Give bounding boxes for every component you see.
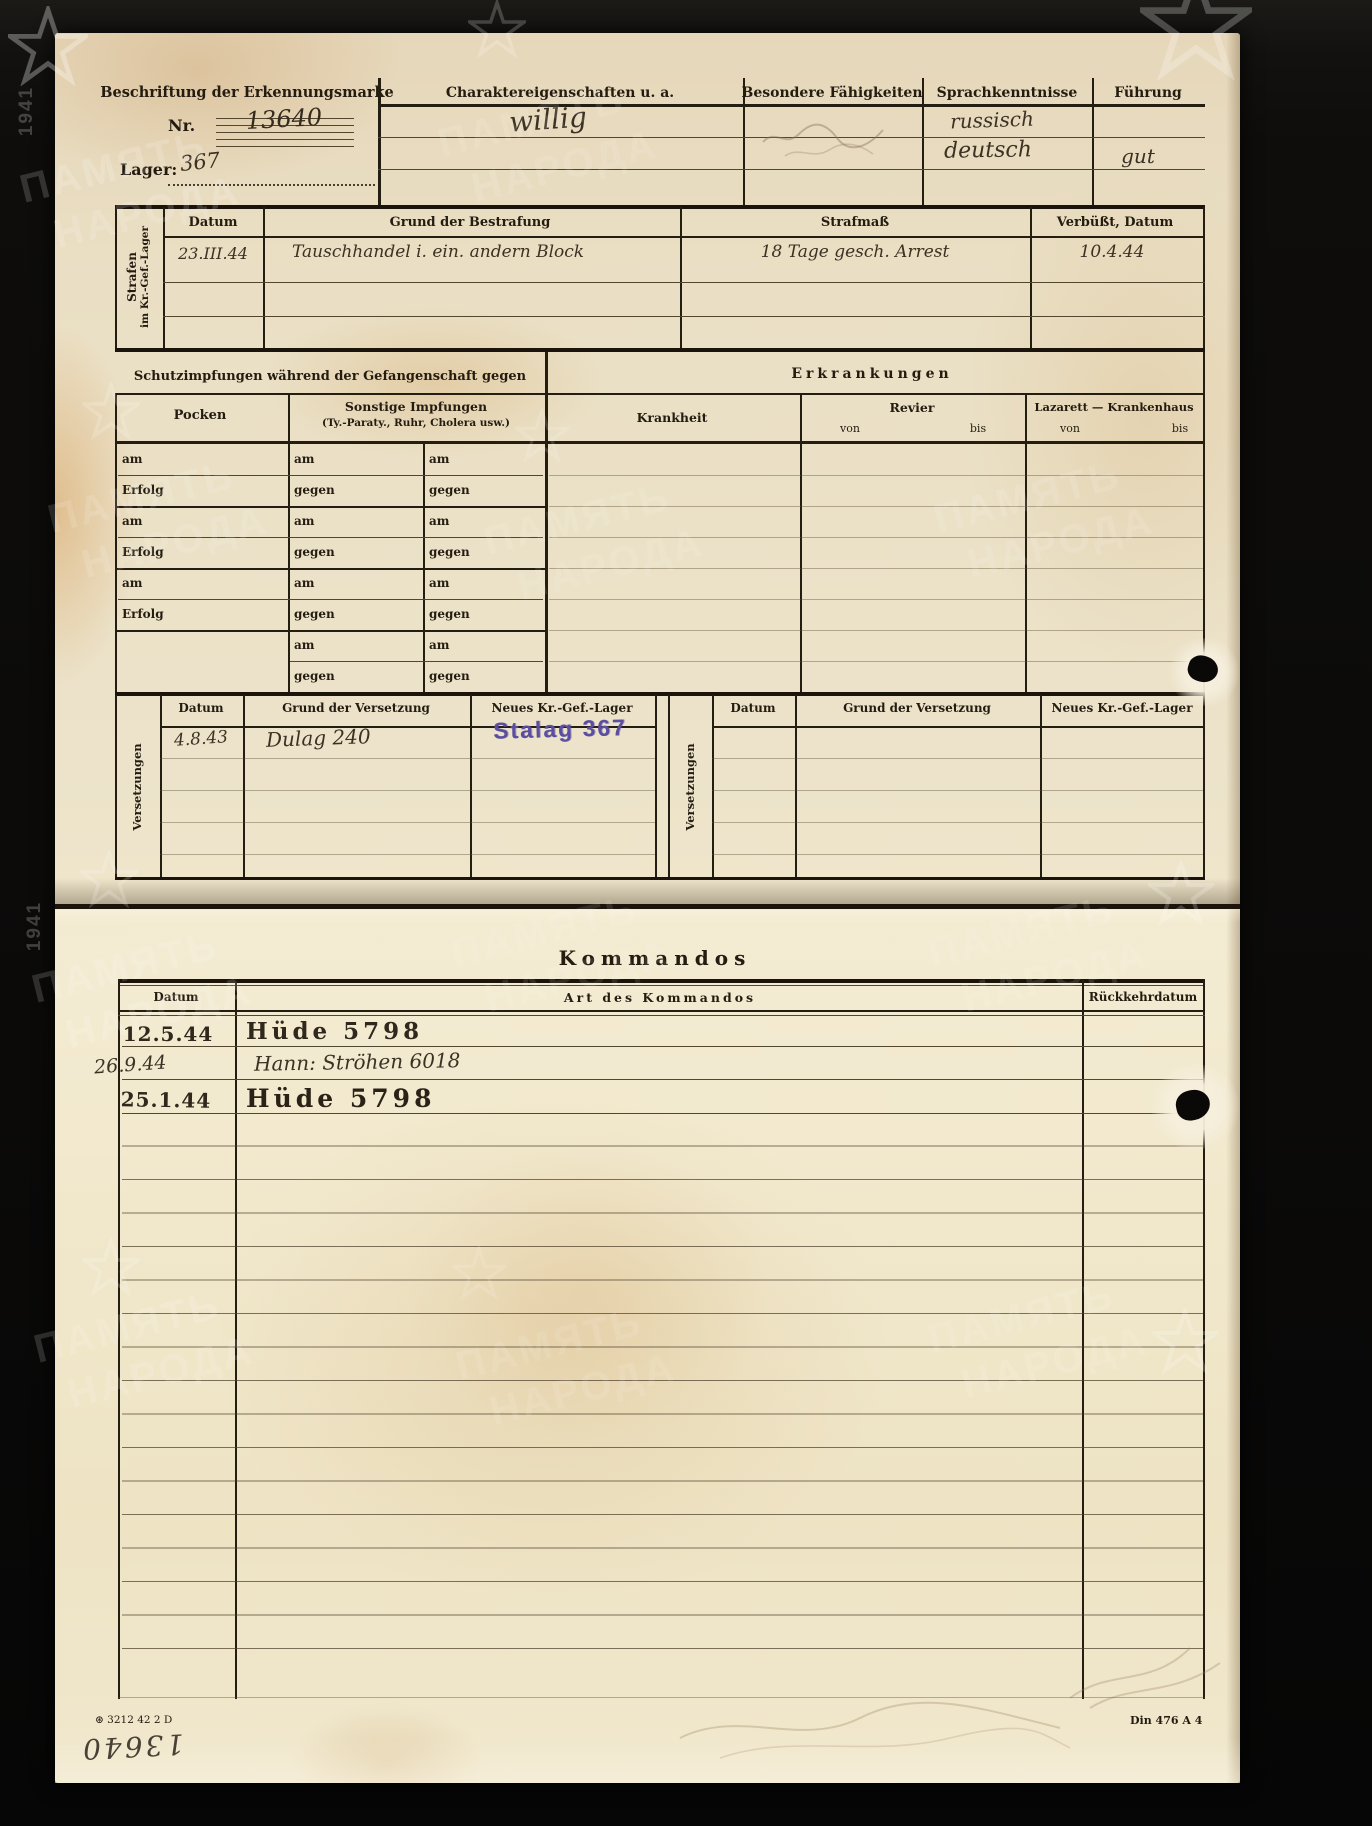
faint-pencil-writing <box>755 108 905 166</box>
impfung-gegen-label: gegen <box>294 607 335 621</box>
versetzungen-col-datum: Datum <box>730 701 775 715</box>
strafen-col-grund: Grund der Bestrafung <box>390 215 551 230</box>
impfung-am-label: am <box>429 514 449 528</box>
watermark-star-icon <box>1152 1308 1218 1374</box>
watermark-star-icon <box>8 6 88 86</box>
impfung-gegen-label: gegen <box>429 669 470 683</box>
impfung-gegen-label: gegen <box>429 545 470 559</box>
rule-line <box>160 790 655 791</box>
watermark-year: 1941 <box>16 86 38 136</box>
table-border <box>243 695 245 878</box>
sprachen-column-label: Sprachkenntnisse <box>937 85 1078 101</box>
faint-pencil-marks <box>660 1678 1080 1770</box>
fuehrung-column-label: Führung <box>1114 85 1182 101</box>
versetzungen-col-datum: Datum <box>178 701 223 715</box>
rule-line <box>549 630 1203 631</box>
lazarett-col-label: Lazarett — Krankenhaus <box>1034 400 1193 414</box>
versetzungen-col-neues: Neues Kr.-Gef.-Lager <box>1051 701 1192 715</box>
table-border <box>1203 207 1205 348</box>
section-heavy-border <box>115 205 1205 209</box>
impfungen-title: Schutzimpfungen während der Gefangenscha… <box>134 369 526 384</box>
rule-line <box>549 661 1203 662</box>
beschriftung-title: Beschriftung der Erkennungsmarke <box>100 84 394 101</box>
watermark-star-icon <box>452 1246 506 1300</box>
lazarett-bis-label: bis <box>1172 422 1188 435</box>
sprachen-entry1-handwritten: russisch <box>950 107 1035 134</box>
table-border <box>655 695 657 878</box>
table-border <box>712 695 714 878</box>
table-border <box>668 695 670 878</box>
watermark-star-icon <box>82 382 140 440</box>
table-border <box>1203 695 1205 878</box>
print-code: ⊛ 3212 42 2 D <box>95 1714 172 1726</box>
impfung-am-label: am <box>294 514 314 528</box>
strafen-row1-datum: 23.III.44 <box>178 244 248 263</box>
rule-line <box>160 758 655 759</box>
header-underline <box>115 441 1205 444</box>
sonstige-col-label-line2: (Ty.-Paraty., Ruhr, Cholera usw.) <box>322 417 510 429</box>
impfung-gegen-label: gegen <box>294 545 335 559</box>
faehigkeiten-column-label: Besondere Fähigkeiten <box>741 85 922 101</box>
impfung-gegen-label: gegen <box>294 483 335 497</box>
lazarett-von-label: von <box>1060 422 1080 435</box>
rule-line <box>216 146 354 147</box>
strafen-side-label-line2: im Kr.-Gef.-Lager <box>139 226 152 328</box>
strafen-row1-verbuesst: 10.4.44 <box>1080 242 1145 262</box>
rule-line <box>118 1015 1205 1016</box>
impfung-erfolg-label: Erfolg <box>122 607 164 621</box>
table-border <box>795 695 797 878</box>
rule-line <box>118 599 543 600</box>
watermark-star-icon <box>1148 860 1214 926</box>
rule-line <box>712 854 1203 855</box>
sprachen-entry2-handwritten: deutsch <box>944 137 1032 164</box>
print-code-text: 3212 42 2 D <box>107 1714 172 1726</box>
watermark-star-icon <box>515 408 569 462</box>
versetzung-row1-grund: Dulag 240 <box>266 724 371 752</box>
versetzungen-col-grund: Grund der Versetzung <box>282 701 430 715</box>
rule-line <box>163 282 1205 283</box>
versetzungen-col-neues: Neues Kr.-Gef.-Lager <box>491 701 632 715</box>
rule-line <box>122 1046 1203 1047</box>
rule-line <box>160 854 655 855</box>
versetzungen-col-grund: Grund der Versetzung <box>843 701 991 715</box>
faint-pencil-marks <box>1060 1608 1230 1718</box>
impfung-am-label: am <box>294 452 314 466</box>
watermark-star-icon <box>468 0 526 58</box>
table-border <box>680 207 682 348</box>
header-underline <box>163 236 1205 238</box>
watermark-star-icon <box>82 1238 140 1296</box>
rule-line <box>216 139 354 140</box>
impfung-am-label: am <box>294 638 314 652</box>
revier-bis-label: bis <box>970 422 986 435</box>
table-border <box>470 695 472 878</box>
rule-line <box>712 758 1203 759</box>
impfung-gegen-label: gegen <box>429 483 470 497</box>
erkennungsmarke-number-handwritten: 13640 <box>245 103 323 135</box>
stalag-367-stamp: Stalag 367 <box>493 714 627 744</box>
rule-line <box>115 568 545 570</box>
impfung-gegen-label: gegen <box>429 607 470 621</box>
column-border <box>1092 78 1094 206</box>
hand-number-upside-down: 13640 <box>79 1727 185 1765</box>
pocken-col-label: Pocken <box>174 408 227 423</box>
rule-line <box>122 1079 1203 1080</box>
kommando-row3-art-stamped: Hüde 5798 <box>246 1084 435 1113</box>
kommando-row1-art-stamped: Hüde 5798 <box>246 1018 423 1045</box>
header-underline <box>712 726 1203 728</box>
impfung-am-label: am <box>429 576 449 590</box>
watermark-year: 1941 <box>24 901 46 951</box>
sonstige-col-label-line1: Sonstige Impfungen <box>345 399 487 414</box>
table-border <box>1030 207 1032 348</box>
rule-line <box>712 790 1203 791</box>
section-heavy-border <box>115 348 1205 352</box>
rule-line <box>290 661 543 662</box>
kommando-row2-art-handwritten: Hann: Ströhen 6018 <box>254 1048 461 1076</box>
table-border <box>1040 695 1042 878</box>
erkrankungen-title: Erkrankungen <box>791 366 952 382</box>
revier-von-label: von <box>840 422 860 435</box>
kommandos-col-rueckkehr: Rückkehrdatum <box>1089 990 1197 1004</box>
watermark-star-icon <box>80 850 138 908</box>
rule-line <box>549 599 1203 600</box>
impfung-am-label: am <box>429 638 449 652</box>
table-border <box>423 441 425 692</box>
scanned-document-canvas: Beschriftung der Erkennungsmarke Nr. 136… <box>0 0 1372 1826</box>
rule-line <box>115 630 545 632</box>
strafen-row1-grund: Tauschhandel i. ein. andern Block <box>292 242 584 262</box>
versetzungen-side-label: Versetzungen <box>683 743 697 830</box>
fuehrung-entry-handwritten: gut <box>1121 144 1155 168</box>
rule-line <box>115 393 1205 395</box>
impfung-am-label: am <box>429 452 449 466</box>
strafen-row1-strafmass: 18 Tage gesch. Arrest <box>761 242 950 262</box>
versetzung-row1-datum: 4.8.43 <box>173 727 228 751</box>
header-underline <box>118 1010 1205 1012</box>
krankheit-col-label: Krankheit <box>637 410 708 425</box>
table-border <box>263 207 265 348</box>
rule-line <box>160 822 655 823</box>
table-border <box>800 393 802 692</box>
strafen-col-verbuesst: Verbüßt, Datum <box>1057 215 1173 230</box>
table-border <box>288 395 290 692</box>
impfung-am-label: am <box>294 576 314 590</box>
impfung-gegen-label: gegen <box>294 669 335 683</box>
rule-line <box>163 316 1205 317</box>
watermark-star-icon <box>1140 0 1252 80</box>
table-border <box>160 695 162 878</box>
rule-line <box>712 822 1203 823</box>
print-symbol-icon: ⊛ <box>95 1714 104 1726</box>
revier-col-label: Revier <box>890 400 935 415</box>
column-border <box>378 78 381 206</box>
versetzungen-side-label: Versetzungen <box>130 743 144 830</box>
strafen-col-strafmass: Strafmaß <box>821 215 889 230</box>
impfung-am-label: am <box>122 452 142 466</box>
kommando-row3-datum-stamped: 25.1.44 <box>121 1087 212 1113</box>
